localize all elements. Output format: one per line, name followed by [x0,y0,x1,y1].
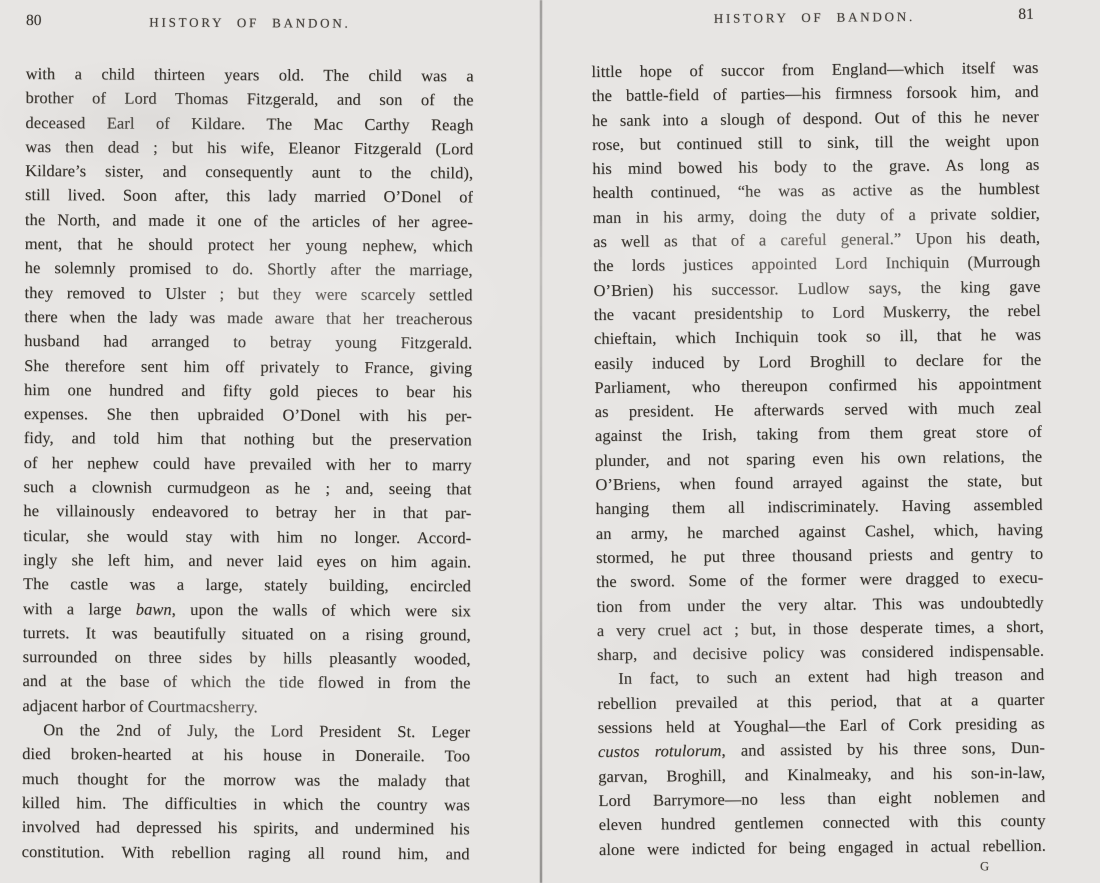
text-line: still lived. Soon after, this lady marri… [25,183,473,210]
text-line: of her nephew could have prevailed with … [24,451,472,478]
text-line: with a child thirteen years old. The chi… [26,62,474,89]
text-line: adjacent harbor of Courtmacsherry. [22,694,470,721]
text-line: expenses. She then upbraided O’Donel wit… [24,402,472,429]
page-left-content: 80 HISTORY OF BANDON. with a child thirt… [22,14,474,866]
paragraph: In fact, to such an extent had high trea… [597,663,1046,862]
signature-mark: G [980,858,1046,873]
text-line: was then dead ; but his wife, Eleanor Fi… [25,135,473,162]
text-line: turrets. It was beautifully situated on … [23,621,471,648]
text-line: She therefore sent him off privately to … [24,354,472,381]
text-line: The castle was a large, stately building… [23,572,471,599]
text-line: involved had depressed his spirits, and … [22,815,470,842]
text-line: killed him. The difficulties in which th… [22,791,470,818]
text-line: he solemnly promised to do. Shortly afte… [25,256,473,283]
text-line: the sword. Some of the former were dragg… [596,566,1043,595]
text-line: On the 2nd of July, the Lord President S… [22,718,470,745]
page-left: 80 HISTORY OF BANDON. with a child thirt… [0,0,541,883]
text-line: ingly she left him, and never laid eyes … [23,548,471,575]
text-line: and at the base of which the tide flowed… [22,669,470,696]
text-line: there when the lady was made aware that … [24,305,472,332]
text-line: such a clownish curmudgeon as he ; and, … [23,475,471,502]
paragraph: with a child thirteen years old. The chi… [22,62,473,720]
page-left-header: 80 HISTORY OF BANDON. [26,14,474,38]
text-line: they removed to Ulster ; but they were s… [24,281,472,308]
text-line: chieftain, which Inchiquin took so ill, … [594,323,1041,352]
text-line: surrounded on three sides by hills pleas… [23,645,471,672]
text-line: fidy, and told him that nothing but the … [24,426,472,453]
text-line: husband had arranged to betray young Fit… [24,329,472,356]
page-left-body: with a child thirteen years old. The chi… [22,62,474,866]
text-line: ticular, she would stay with him no long… [23,524,471,551]
text-line: eleven hundred gentlemen connected with … [599,809,1046,838]
page-right-body: little hope of succor from England—which… [591,56,1046,862]
text-line: the battle-field of parties—his firmness… [592,80,1039,109]
text-line: the North, and made it one of the articl… [25,208,473,235]
text-line: with a large bawn, upon the walls of whi… [23,597,471,624]
paragraph: On the 2nd of July, the Lord President S… [22,718,471,866]
text-line: deceased Earl of Kildare. The Mac Carthy… [25,111,473,138]
running-header-left: HISTORY OF BANDON. [26,14,474,32]
text-line: he villainously endeavored to betray her… [23,499,471,526]
text-line: custos rotulorum, and assisted by his th… [598,736,1045,765]
text-line: died broken-hearted at his house in Done… [22,742,470,769]
page-right: HISTORY OF BANDON. 81 little hope of suc… [541,0,1100,883]
text-line: Kildare’s sister, and consequently aunt … [25,159,473,186]
text-line: him one hundred and fifty gold pieces to… [24,378,472,405]
gutter-crease [540,0,542,883]
paragraph: little hope of succor from England—which… [591,56,1044,668]
page-number-right: 81 [1018,6,1034,24]
text-line: ment, that he should protect her young n… [25,232,473,259]
text-line: constitution. With rebellion raging all … [22,839,470,866]
page-right-content: HISTORY OF BANDON. 81 little hope of suc… [591,8,1046,877]
text-line: brother of Lord Thomas Fitzgerald, and s… [25,86,473,113]
running-header-right: HISTORY OF BANDON. [591,8,1038,28]
text-line: much thought for the morrow was the mala… [22,767,470,794]
text-line: alone were indicted for being engaged in… [599,833,1046,862]
page-right-header: HISTORY OF BANDON. 81 [591,8,1038,34]
book-spread: 80 HISTORY OF BANDON. with a child thirt… [0,0,1100,883]
